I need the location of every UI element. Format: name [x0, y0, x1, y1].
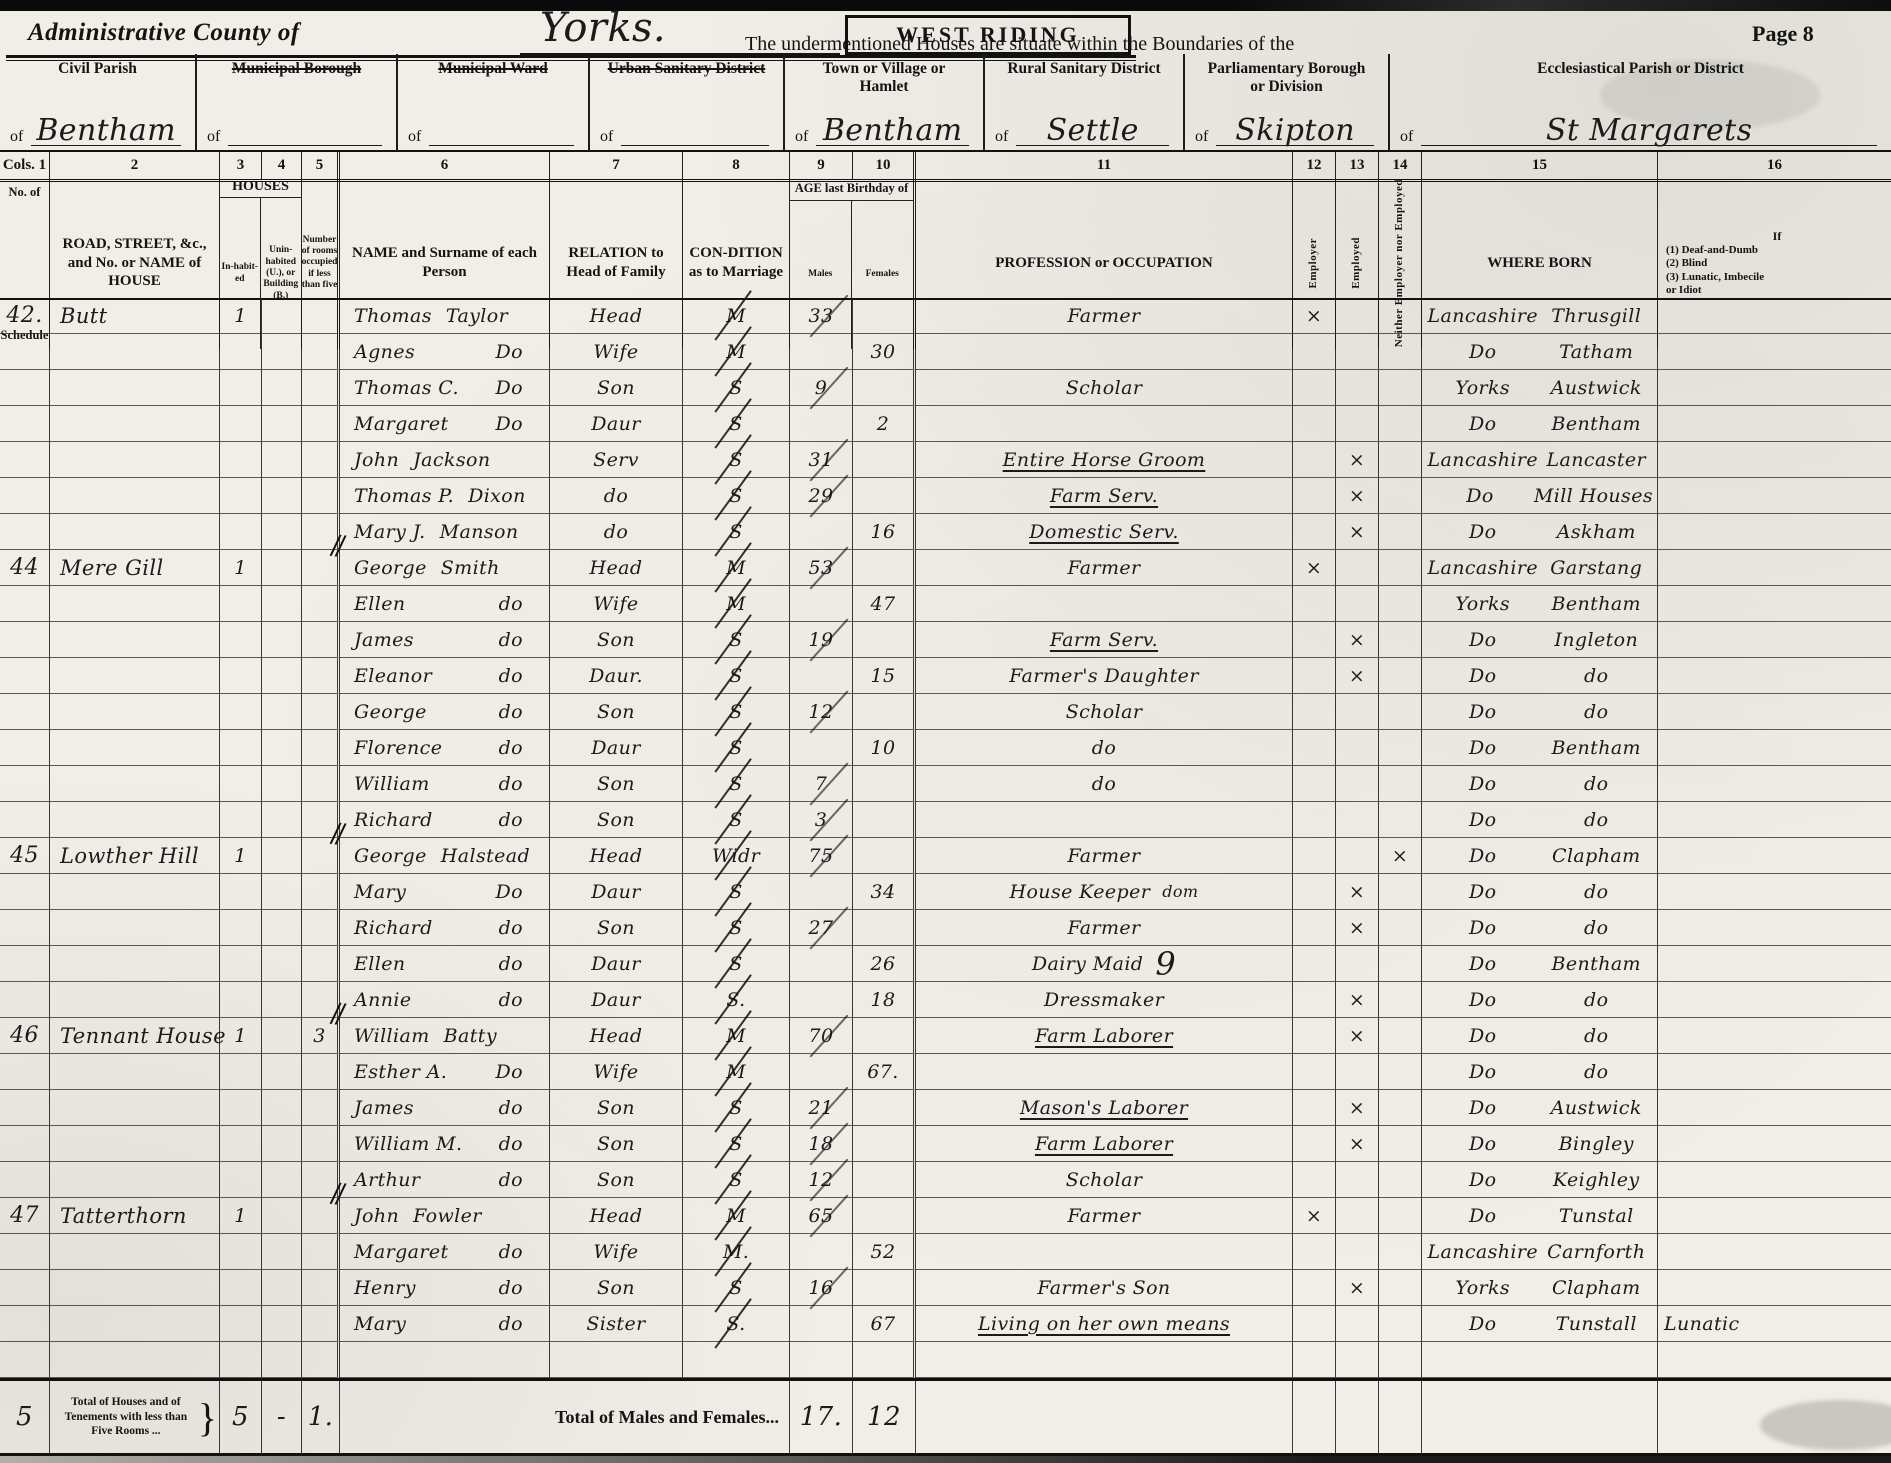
- schedule-number-cell: [0, 406, 50, 442]
- employer-mark-cell: [1293, 370, 1336, 406]
- occupation-text: do: [1092, 773, 1116, 795]
- employer-mark-cell: [1293, 1090, 1336, 1126]
- occupation-cell: [916, 586, 1293, 622]
- employed-mark-cell: [1336, 550, 1379, 586]
- totals-row: 5 Total of Houses and of Tenements with …: [0, 1378, 1891, 1456]
- born-county: Do: [1426, 1313, 1540, 1335]
- given-name: George: [354, 845, 427, 867]
- surname: Batty: [444, 1025, 497, 1047]
- relation-cell: Daur.: [550, 658, 683, 694]
- schedule-number-cell: [0, 910, 50, 946]
- age-male-cell: 75: [790, 838, 853, 874]
- occupation-cell: [916, 334, 1293, 370]
- born-place: Bingley: [1540, 1133, 1654, 1155]
- house-name-cell: [50, 802, 220, 838]
- house-name-cell: [50, 1234, 220, 1270]
- total-males-females-label: Total of Males and Females...: [340, 1381, 790, 1453]
- neither-mark-cell: ×: [1379, 838, 1422, 874]
- surname: do: [499, 953, 523, 975]
- age-male-cell: 21: [790, 1090, 853, 1126]
- where-born-cell: [1422, 1342, 1658, 1378]
- scan-edge-top: [0, 0, 1891, 11]
- given-name: Thomas C.: [354, 377, 459, 399]
- neither-mark-cell: [1379, 1054, 1422, 1090]
- given-name: Richard: [354, 809, 433, 831]
- employer-mark-cell: [1293, 694, 1336, 730]
- house-name-cell: [50, 1162, 220, 1198]
- schedule-number-cell: [0, 658, 50, 694]
- neither-mark-cell: [1379, 982, 1422, 1018]
- age-female-cell: [853, 838, 916, 874]
- house-name-cell: [50, 1090, 220, 1126]
- born-place: Keighley: [1540, 1169, 1654, 1191]
- total-females-cell: 12: [853, 1381, 916, 1453]
- person-name-cell: Richarddo: [340, 802, 550, 838]
- born-county: Do: [1426, 1133, 1540, 1155]
- census-row: JamesdoSonS21Mason's Laborer×DoAustwick: [0, 1090, 1891, 1126]
- neither-mark-cell: [1379, 586, 1422, 622]
- house-name-cell: [50, 730, 220, 766]
- age-female-cell: [853, 1198, 916, 1234]
- uninhabited-cell: [262, 802, 302, 838]
- totals-empty-cell: [1422, 1381, 1658, 1453]
- employed-mark-cell: ×: [1336, 442, 1379, 478]
- neither-mark-cell: [1379, 406, 1422, 442]
- born-county: Lancashire: [1426, 557, 1540, 579]
- condition-cell: S: [683, 874, 790, 910]
- infirmity-cell: [1658, 910, 1891, 946]
- where-born-cell: DoIngleton: [1422, 622, 1658, 658]
- born-place: do: [1540, 809, 1654, 831]
- condition-cell: S: [683, 730, 790, 766]
- district-value: [228, 144, 382, 146]
- house-name-cell: [50, 334, 220, 370]
- relation-cell: Head: [550, 838, 683, 874]
- infirmity-cell: [1658, 1126, 1891, 1162]
- age-male-cell: [790, 1342, 853, 1378]
- employer-mark-cell: [1293, 586, 1336, 622]
- given-name: Margaret: [354, 413, 449, 435]
- inhabited-cell: [220, 1162, 262, 1198]
- rooms-cell: [302, 1126, 340, 1162]
- employed-mark-cell: ×: [1336, 622, 1379, 658]
- uninhabited-cell: [262, 1018, 302, 1054]
- rooms-cell: [302, 874, 340, 910]
- inhabited-cell: [220, 910, 262, 946]
- born-place: Bentham: [1540, 413, 1654, 435]
- neither-mark-cell: [1379, 1342, 1422, 1378]
- uninhabited-cell: [262, 658, 302, 694]
- rooms-cell: [302, 1270, 340, 1306]
- neither-mark-cell: [1379, 1162, 1422, 1198]
- born-county: Do: [1426, 1025, 1540, 1047]
- occupation-cell: Domestic Serv.: [916, 514, 1293, 550]
- column-number-14: 14: [1379, 152, 1422, 179]
- relation-cell: Son: [550, 694, 683, 730]
- uninhabited-cell: [262, 982, 302, 1018]
- age-female-cell: [853, 550, 916, 586]
- born-place: Mill Houses: [1534, 485, 1653, 507]
- employer-mark-cell: [1293, 946, 1336, 982]
- where-born-cell: LancashireLancaster: [1422, 442, 1658, 478]
- census-row: 47Tatterthorn1JohnFowlerHeadM65Farmer×Do…: [0, 1198, 1891, 1234]
- relation-cell: Son: [550, 370, 683, 406]
- rooms-cell: [302, 298, 340, 334]
- where-born-cell: DoKeighley: [1422, 1162, 1658, 1198]
- of-label: of: [1195, 128, 1208, 146]
- district-box: Urban Sanitary Districtof: [590, 54, 785, 150]
- inhabited-cell: [220, 622, 262, 658]
- condition-cell: M: [683, 550, 790, 586]
- schedule-number-cell: 47: [0, 1198, 50, 1234]
- employer-mark-cell: [1293, 1306, 1336, 1342]
- relation-cell: Son: [550, 622, 683, 658]
- relation-cell: do: [550, 514, 683, 550]
- infirmity-cell: [1658, 1054, 1891, 1090]
- age-male-cell: [790, 730, 853, 766]
- census-row: ∕∕RicharddoSonS3Dodo: [0, 802, 1891, 838]
- rooms-cell: [302, 658, 340, 694]
- age-male-cell: 65: [790, 1198, 853, 1234]
- district-box: Municipal Wardof: [398, 54, 590, 150]
- person-name-cell: Margaretdo: [340, 1234, 550, 1270]
- employed-mark-cell: ×: [1336, 1270, 1379, 1306]
- born-place: Tatham: [1540, 341, 1654, 363]
- occupation-text: do: [1092, 737, 1116, 759]
- person-name-cell: Anniedo: [340, 982, 550, 1018]
- condition-cell: S: [683, 1090, 790, 1126]
- uninhabited-cell: [262, 442, 302, 478]
- totals-empty-cell: [1293, 1381, 1336, 1453]
- condition-cell: M: [683, 1054, 790, 1090]
- where-born-cell: Dodo: [1422, 766, 1658, 802]
- relation-cell: Daur: [550, 982, 683, 1018]
- rooms-cell: [302, 586, 340, 622]
- employed-mark-cell: ×: [1336, 1090, 1379, 1126]
- rooms-cell: [302, 766, 340, 802]
- born-place: do: [1540, 1025, 1654, 1047]
- column-number-3: 3: [220, 152, 262, 179]
- born-place: Garstang: [1540, 557, 1654, 579]
- district-box: Town or Village or HamletofBentham: [785, 54, 985, 150]
- uninhabited-cell: [262, 946, 302, 982]
- inhabited-cell: 1: [220, 838, 262, 874]
- occupation-text: Mason's Laborer: [1020, 1097, 1188, 1119]
- rooms-cell: [302, 730, 340, 766]
- born-county: Yorks: [1426, 593, 1540, 615]
- occupation-text: Farmer: [1067, 1205, 1140, 1227]
- census-row: JamesdoSonS19Farm Serv.×DoIngleton: [0, 622, 1891, 658]
- condition-cell: M: [683, 334, 790, 370]
- schedule-number-cell: [0, 802, 50, 838]
- occupation-text: Farmer's Son: [1037, 1277, 1170, 1299]
- neither-mark-cell: [1379, 694, 1422, 730]
- schedule-number-cell: [0, 622, 50, 658]
- born-county: Do: [1426, 521, 1540, 543]
- inhabited-cell: [220, 1054, 262, 1090]
- employed-mark-cell: [1336, 730, 1379, 766]
- relation-cell: Son: [550, 802, 683, 838]
- employed-mark-cell: ×: [1336, 874, 1379, 910]
- employer-mark-cell: [1293, 766, 1336, 802]
- inhabited-cell: [220, 766, 262, 802]
- surname: do: [499, 1241, 523, 1263]
- infirmity-header-2: (2) Blind: [1666, 257, 1707, 270]
- of-label: of: [795, 128, 808, 146]
- given-name: James: [354, 629, 414, 651]
- where-born-cell: Dodo: [1422, 1054, 1658, 1090]
- where-born-cell: DoTunstall: [1422, 1306, 1658, 1342]
- where-born-cell: YorksBentham: [1422, 586, 1658, 622]
- born-county: Do: [1426, 341, 1540, 363]
- neither-mark-cell: [1379, 874, 1422, 910]
- employed-mark-cell: [1336, 298, 1379, 334]
- inhabited-cell: 1: [220, 550, 262, 586]
- neither-mark-cell: [1379, 1198, 1422, 1234]
- occupation-cell: Farm Laborer: [916, 1018, 1293, 1054]
- house-name-cell: [50, 478, 220, 514]
- occupation-text: Living on her own means: [978, 1313, 1230, 1335]
- district-box: Rural Sanitary DistrictofSettle: [985, 54, 1185, 150]
- occupation-cell: Dairy Maid9: [916, 946, 1293, 982]
- neither-mark-cell: [1379, 550, 1422, 586]
- employed-mark-cell: [1336, 694, 1379, 730]
- infirmity-cell: [1658, 406, 1891, 442]
- neither-mark-cell: [1379, 1018, 1422, 1054]
- where-born-cell: DoAustwick: [1422, 1090, 1658, 1126]
- age-female-cell: 2: [853, 406, 916, 442]
- administrative-county-label: Administrative County of: [28, 19, 300, 47]
- age-male-cell: 27: [790, 910, 853, 946]
- person-name-cell: Eleanordo: [340, 658, 550, 694]
- surname: do: [499, 665, 523, 687]
- given-name: Thomas: [354, 305, 432, 327]
- neither-mark-cell: [1379, 298, 1422, 334]
- census-row: 46Tennant House13WilliamBattyHeadM70Farm…: [0, 1018, 1891, 1054]
- occupation-text: Farm Serv.: [1050, 629, 1158, 651]
- person-name-cell: Florencedo: [340, 730, 550, 766]
- employed-mark-cell: ×: [1336, 1126, 1379, 1162]
- given-name: John: [354, 449, 399, 471]
- inhabited-cell: 1: [220, 1018, 262, 1054]
- infirmity-cell: [1658, 658, 1891, 694]
- inhabited-cell: [220, 874, 262, 910]
- census-row: 44Mere Gill1GeorgeSmithHeadM53Farmer×Lan…: [0, 550, 1891, 586]
- house-name-cell: Lowther Hill: [50, 838, 220, 874]
- inhabited-cell: [220, 658, 262, 694]
- age-male-cell: [790, 586, 853, 622]
- census-row: HenrydoSonS16Farmer's Son×YorksClapham: [0, 1270, 1891, 1306]
- inhabited-cell: [220, 1270, 262, 1306]
- employer-mark-cell: [1293, 1270, 1336, 1306]
- age-male-cell: [790, 946, 853, 982]
- uninhabited-cell: [262, 334, 302, 370]
- age-female-cell: 52: [853, 1234, 916, 1270]
- where-born-cell: DoAskham: [1422, 514, 1658, 550]
- given-name: Arthur: [354, 1169, 420, 1191]
- person-name-cell: GeorgeSmith: [340, 550, 550, 586]
- of-label: of: [10, 128, 23, 146]
- census-row: 45Lowther Hill1GeorgeHalsteadHeadWidr75F…: [0, 838, 1891, 874]
- where-born-cell: YorksAustwick: [1422, 370, 1658, 406]
- schedule-number-cell: 45: [0, 838, 50, 874]
- where-born-cell: Dodo: [1422, 1018, 1658, 1054]
- born-county: Do: [1426, 413, 1540, 435]
- where-born-cell: LancashireThrusgill: [1422, 298, 1658, 334]
- relation-cell: Wife: [550, 334, 683, 370]
- occupation-cell: Farmer: [916, 550, 1293, 586]
- condition-cell: M: [683, 298, 790, 334]
- surname: do: [499, 629, 523, 651]
- house-name-cell: [50, 406, 220, 442]
- surname: do: [499, 1169, 523, 1191]
- census-row: EllendoDaurS26Dairy Maid9DoBentham: [0, 946, 1891, 982]
- occupation-cell: [916, 1342, 1293, 1378]
- born-county: Do: [1426, 917, 1540, 939]
- census-row: JohnJacksonServS31Entire Horse Groom×Lan…: [0, 442, 1891, 478]
- inhabited-cell: 1: [220, 298, 262, 334]
- person-name-cell: ThomasTaylor: [340, 298, 550, 334]
- inhabited-cell: [220, 1126, 262, 1162]
- district-value: Bentham: [31, 117, 181, 146]
- age-female-cell: 15: [853, 658, 916, 694]
- uninhabited-cell: [262, 766, 302, 802]
- infirmity-cell: [1658, 1090, 1891, 1126]
- age-female-cell: [853, 370, 916, 406]
- age-male-cell: [790, 658, 853, 694]
- surname: do: [499, 1097, 523, 1119]
- house-name-cell: [50, 1270, 220, 1306]
- occupation-cell: Dressmaker: [916, 982, 1293, 1018]
- rooms-cell: [302, 442, 340, 478]
- age-female-cell: [853, 766, 916, 802]
- occupation-text: Farmer: [1067, 917, 1140, 939]
- age-male-cell: 19: [790, 622, 853, 658]
- given-name: Margaret: [354, 1241, 449, 1263]
- totals-empty-cell: [1336, 1381, 1379, 1453]
- census-row: MaryDoDaurS34House Keeperdom×Dodo: [0, 874, 1891, 910]
- condition-cell: S: [683, 910, 790, 946]
- census-row: Esther A.DoWifeM67.Dodo: [0, 1054, 1891, 1090]
- occupation-text: Scholar: [1066, 701, 1143, 723]
- uninhabited-cell: [262, 586, 302, 622]
- given-name: William M.: [354, 1133, 462, 1155]
- header-band: Administrative County of Yorks. WEST RID…: [0, 11, 1891, 54]
- schedule-number-cell: [0, 874, 50, 910]
- inhabited-cell: [220, 1342, 262, 1378]
- employed-mark-cell: [1336, 1198, 1379, 1234]
- column-number-2: 2: [50, 152, 220, 179]
- relation-cell: Daur: [550, 946, 683, 982]
- house-name-cell: Tennant House: [50, 1018, 220, 1054]
- person-name-cell: [340, 1342, 550, 1378]
- employer-mark-cell: [1293, 514, 1336, 550]
- house-name-cell: [50, 658, 220, 694]
- employer-mark-cell: [1293, 478, 1336, 514]
- born-place: Askham: [1540, 521, 1654, 543]
- rooms-cell: ∕∕: [302, 802, 340, 838]
- condition-cell: M: [683, 1198, 790, 1234]
- census-row: WilliamdoSonS7doDodo: [0, 766, 1891, 802]
- occupation-cell: Farm Laborer: [916, 1126, 1293, 1162]
- employed-mark-cell: [1336, 946, 1379, 982]
- employed-mark-cell: ×: [1336, 658, 1379, 694]
- where-born-cell: DoBentham: [1422, 406, 1658, 442]
- of-label: of: [207, 128, 220, 146]
- relation-cell: Son: [550, 910, 683, 946]
- person-name-cell: Mary J.Manson: [340, 514, 550, 550]
- neither-mark-cell: [1379, 622, 1422, 658]
- column-number-16: 16: [1658, 152, 1891, 179]
- column-number-6: 6: [340, 152, 550, 179]
- person-name-cell: WilliamBatty: [340, 1018, 550, 1054]
- occupation-text: Domestic Serv.: [1029, 521, 1179, 543]
- infirmity-cell: [1658, 370, 1891, 406]
- age-female-cell: 26: [853, 946, 916, 982]
- relation-cell: Son: [550, 1270, 683, 1306]
- schedule-number-cell: [0, 442, 50, 478]
- census-row: ∕∕AnniedoDaurS.18Dressmaker×Dodo: [0, 982, 1891, 1018]
- census-row: ∕∕ArthurdoSonS12ScholarDoKeighley: [0, 1162, 1891, 1198]
- age-male-cell: 53: [790, 550, 853, 586]
- person-name-cell: Jamesdo: [340, 622, 550, 658]
- born-county: Do: [1426, 737, 1540, 759]
- house-name-cell: Mere Gill: [50, 550, 220, 586]
- rooms-cell: [302, 550, 340, 586]
- occupation-cell: Scholar: [916, 694, 1293, 730]
- census-row: Thomas C.DoSonS9ScholarYorksAustwick: [0, 370, 1891, 406]
- born-place: Austwick: [1540, 377, 1654, 399]
- infirmity-cell: [1658, 334, 1891, 370]
- census-row: MargaretdoWifeM.52LancashireCarnforth: [0, 1234, 1891, 1270]
- district-of-line: of: [600, 128, 769, 146]
- inhabited-cell: [220, 1306, 262, 1342]
- occupation-cell: Scholar: [916, 1162, 1293, 1198]
- infirmity-cell: [1658, 1270, 1891, 1306]
- district-of-line: ofBentham: [10, 117, 181, 146]
- employed-header-label: Employed: [1351, 237, 1363, 289]
- of-label: of: [995, 128, 1008, 146]
- born-place: do: [1540, 989, 1654, 1011]
- house-name-cell: [50, 766, 220, 802]
- age-male-cell: [790, 1234, 853, 1270]
- given-name: Agnes: [354, 341, 415, 363]
- age-male-cell: 31: [790, 442, 853, 478]
- inhabited-cell: [220, 982, 262, 1018]
- uninhabited-cell: [262, 406, 302, 442]
- age-female-cell: 34: [853, 874, 916, 910]
- where-born-cell: Dodo: [1422, 982, 1658, 1018]
- neither-mark-cell: [1379, 1126, 1422, 1162]
- age-male-cell: [790, 514, 853, 550]
- occupation-cell: do: [916, 766, 1293, 802]
- totals-empty-cell: [1379, 1381, 1422, 1453]
- rooms-cell: [302, 1306, 340, 1342]
- born-county: Do: [1426, 701, 1540, 723]
- employed-mark-cell: ×: [1336, 910, 1379, 946]
- relation-cell: Wife: [550, 1234, 683, 1270]
- census-row: 42.Butt1ThomasTaylorHeadM33Farmer×Lancas…: [0, 298, 1891, 334]
- district-of-line: ofSkipton: [1195, 117, 1374, 146]
- relation-cell: Sister: [550, 1306, 683, 1342]
- infirmity-cell: [1658, 694, 1891, 730]
- column-number-5: 5: [302, 152, 340, 179]
- occupation-cell: Entire Horse Groom: [916, 442, 1293, 478]
- rooms-cell: [302, 946, 340, 982]
- house-name-cell: [50, 1054, 220, 1090]
- surname: do: [499, 1133, 523, 1155]
- rooms-cell: [302, 694, 340, 730]
